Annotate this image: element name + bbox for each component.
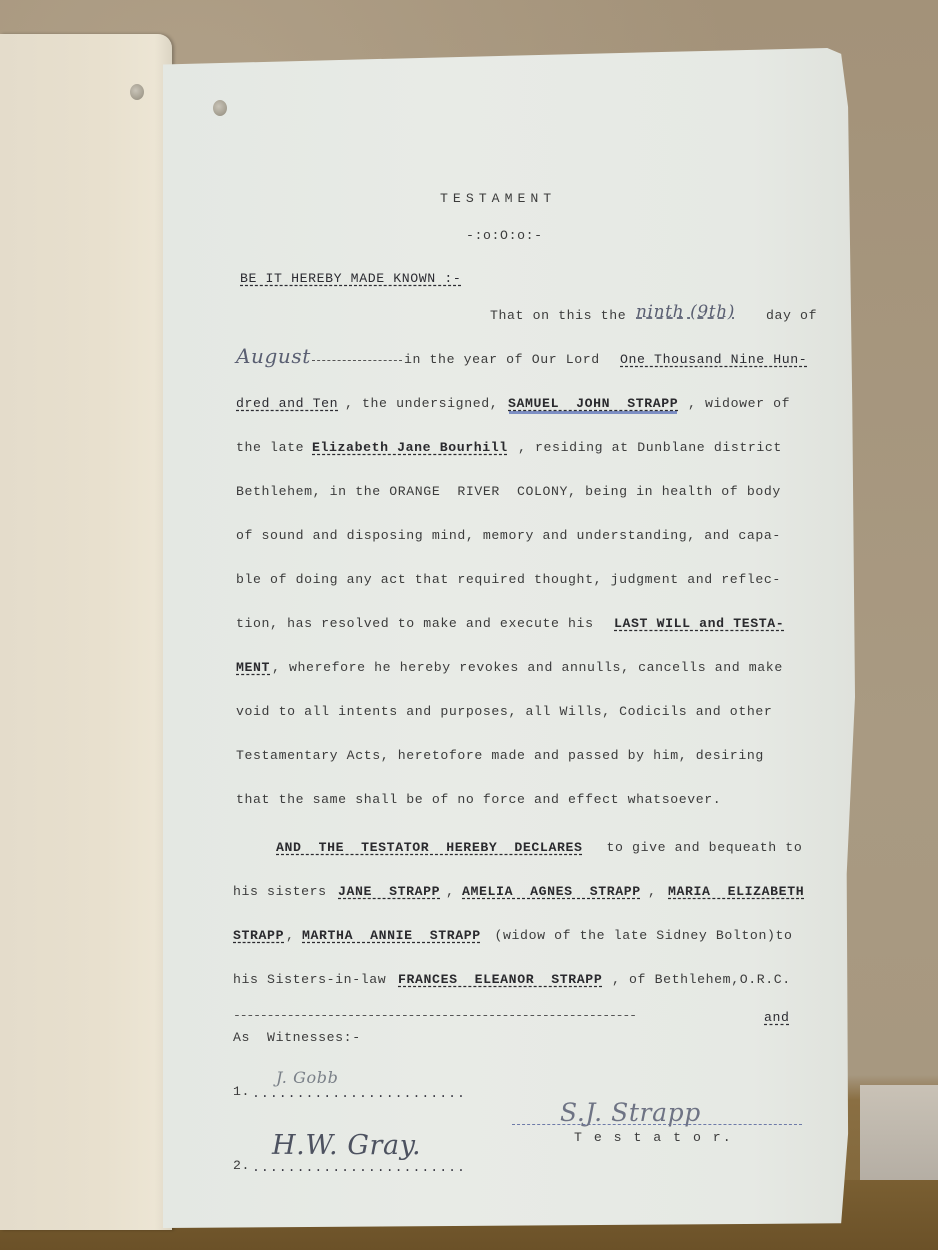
p1-line5: Bethlehem, in the ORANGE RIVER COLONY, b… bbox=[236, 484, 781, 499]
p1-line6: of sound and disposing mind, memory and … bbox=[236, 528, 781, 543]
comma: , bbox=[446, 884, 455, 899]
p1-line1-suffix: day of bbox=[766, 308, 817, 323]
preamble-heading: BE IT HEREBY MADE KNOWN :- bbox=[240, 271, 461, 286]
p1-line10: void to all intents and purposes, all Wi… bbox=[236, 704, 772, 719]
p2-line4-suffix: , of Bethlehem,O.R.C. bbox=[612, 972, 791, 987]
beneficiary-jane: JANE STRAPP bbox=[338, 884, 440, 899]
p1-line12: that the same shall be of no force and e… bbox=[236, 792, 721, 807]
p1-line2-year: One Thousand Nine Hun- bbox=[620, 352, 807, 367]
comma: , bbox=[286, 928, 295, 943]
p1-line9-suffix: , wherefore he hereby revokes and annull… bbox=[272, 660, 783, 675]
p1-line3-text: , the undersigned, bbox=[345, 396, 498, 411]
p1-line3-suffix: , widower of bbox=[688, 396, 790, 411]
p1-line1-prefix: That on this the bbox=[490, 308, 626, 323]
title-ornament: -:o:O:o:- bbox=[466, 228, 543, 243]
handwritten-day: ninth (9th) bbox=[636, 302, 735, 322]
and-word: and bbox=[764, 1010, 790, 1025]
witness-2-signature-line: ........................ bbox=[252, 1160, 466, 1175]
last-will-heading-cont: MENT bbox=[236, 660, 270, 675]
witness-1-signature: J. Gobb bbox=[276, 1068, 338, 1087]
p2-line2-prefix: his sisters bbox=[233, 884, 335, 899]
p1-line8-prefix: tion, has resolved to make and execute h… bbox=[236, 616, 594, 631]
testator-label: T e s t a t o r. bbox=[574, 1130, 733, 1145]
beneficiary-frances: FRANCES ELEANOR STRAPP bbox=[398, 972, 602, 987]
p2-line3-suffix: (widow of the late Sidney Bolton)to bbox=[486, 928, 793, 943]
p1-line2-text: in the year of Our Lord bbox=[404, 352, 600, 367]
p1-line4-suffix: , residing at Dunblane district bbox=[518, 440, 782, 455]
p1-line3-year: dred and Ten bbox=[236, 396, 338, 411]
beneficiary-maria-cont: STRAPP bbox=[233, 928, 284, 943]
p1-line7: ble of doing any act that required thoug… bbox=[236, 572, 781, 587]
declaration-heading: AND THE TESTATOR HEREBY DECLARES bbox=[276, 840, 583, 855]
p2-line1-suffix: to give and bequeath to bbox=[598, 840, 802, 855]
p2-line4-prefix: his Sisters-in-law bbox=[233, 972, 395, 987]
document-title: TESTAMENT bbox=[440, 191, 556, 206]
witness-2-number: 2. bbox=[233, 1158, 250, 1173]
beneficiary-amelia: AMELIA AGNES STRAPP bbox=[462, 884, 641, 899]
handwritten-month: August bbox=[236, 344, 311, 368]
witness-1-signature-line: ........................ bbox=[252, 1086, 466, 1101]
witness-2-signature: H.W. Gray. bbox=[272, 1130, 421, 1161]
beneficiary-martha: MARTHA ANNIE STRAPP bbox=[302, 928, 481, 943]
last-will-heading: LAST WILL and TESTA- bbox=[614, 616, 784, 631]
testator-signature: S.J. Strapp bbox=[560, 1098, 701, 1127]
witnesses-label: As Witnesses:- bbox=[233, 1030, 361, 1045]
comma: , bbox=[648, 884, 657, 899]
dash-filler: ----------------------------------------… bbox=[233, 1008, 636, 1023]
beneficiary-maria: MARIA ELIZABETH bbox=[668, 884, 804, 899]
testament-text: TESTAMENT -:o:O:o:- BE IT HEREBY MADE KN… bbox=[0, 0, 938, 1250]
testator-name: SAMUEL JOHN STRAPP bbox=[508, 396, 678, 411]
late-wife-name: Elizabeth Jane Bourhill bbox=[312, 440, 508, 455]
p1-line4-prefix: the late bbox=[236, 440, 304, 455]
month-blank-line bbox=[312, 360, 402, 361]
p1-line11: Testamentary Acts, heretofore made and p… bbox=[236, 748, 764, 763]
witness-1-number: 1. bbox=[233, 1084, 250, 1099]
